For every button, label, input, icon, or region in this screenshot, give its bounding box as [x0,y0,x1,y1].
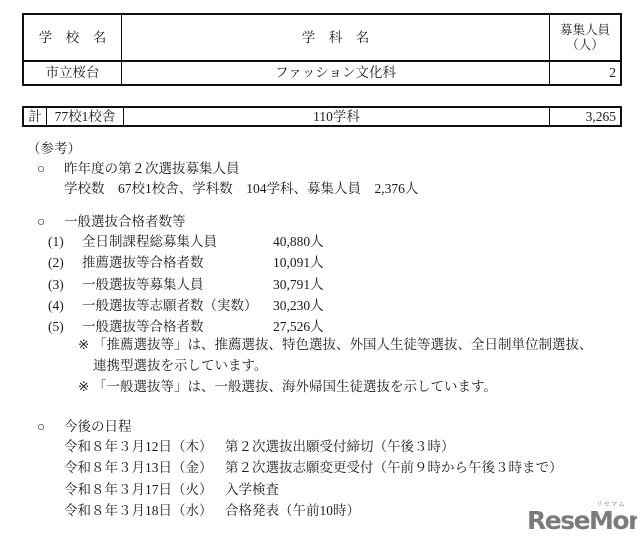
item-number: (5) [48,318,82,335]
item-value: 30,791人 [273,276,324,293]
schedule-event: 第２次選抜志願変更受付（午前９時から午後３時まで） [225,459,563,476]
section-general-results-heading-text: 一般選抜合格者数等 [64,213,186,230]
header-capacity: 募集人員 （人） [550,15,620,60]
reference-mark-icon: ※ [78,378,93,395]
schedule-date: 令和８年３月13日（金） [64,459,225,476]
last-year-detail: 学校数 67校1校舎、学科数 104学科、募集人員 2,376人 [64,180,418,197]
totals-capacity: 3,265 [550,108,620,125]
schedule-row: 令和８年３月17日（火） 入学検査 [64,481,279,498]
item-number: (3) [48,276,82,293]
circle-bullet-icon: ○ [37,418,64,435]
circle-bullet-icon: ○ [37,160,64,177]
note-text: 「推薦選抜等」は、推薦選抜、特色選抜、外国人生徒等選抜、全日制単位制選抜、 [93,336,593,353]
item-label: 推薦選抜等合格者数 [82,254,273,271]
note-line: ※ 「一般選抜等」は、一般選抜、海外帰国生徒選抜を示しています。 [78,378,497,395]
item-value: 40,880人 [273,233,324,250]
list-item: (2) 推薦選抜等合格者数 10,091人 [48,254,324,271]
header-department-name: 学 科 名 [122,15,550,60]
item-number: (1) [48,233,82,250]
reference-mark-icon: ※ [78,336,93,353]
list-item: (3) 一般選抜等募集人員 30,791人 [48,276,324,293]
table-row: 市立桜台 ファッション文化科 2 [24,62,620,84]
resemom-logo: ReseMom. [527,507,637,535]
header-capacity-line2: （人） [566,38,604,53]
note-indent [78,357,93,374]
item-label: 全日制課程総募集人員 [82,233,273,250]
schedule-event: 入学検査 [225,481,279,498]
schedule-event: 合格発表（午前10時） [225,502,360,519]
schedule-row: 令和８年３月18日（水） 合格発表（午前10時） [64,502,360,519]
list-item: (5) 一般選抜等合格者数 27,526人 [48,318,324,335]
item-label: 一般選抜等合格者数 [82,318,273,335]
reference-title: （参考） [27,140,81,157]
cell-school-name: 市立桜台 [24,62,122,84]
totals-table: 計 77校1校舎 110学科 3,265 [22,106,622,127]
totals-row: 計 77校1校舎 110学科 3,265 [24,108,620,125]
header-capacity-line1: 募集人員 [560,23,610,38]
note-line: ※ 「推薦選抜等」は、推薦選抜、特色選抜、外国人生徒等選抜、全日制単位制選抜、 [78,336,593,353]
schedule-row: 令和８年３月13日（金） 第２次選抜志願変更受付（午前９時から午後３時まで） [64,459,563,476]
item-value: 10,091人 [273,254,324,271]
totals-label: 計 [24,108,47,125]
section-schedule-heading-text: 今後の日程 [64,418,132,435]
capacity-table: 学 校 名 学 科 名 募集人員 （人） 市立桜台 ファッション文化科 2 [22,13,622,86]
item-value: 27,526人 [273,318,324,335]
schedule-date: 令和８年３月18日（水） [64,502,225,519]
section-general-results-heading: ○ 一般選抜合格者数等 [37,213,186,230]
schedule-date: 令和８年３月17日（火） [64,481,225,498]
totals-department-count: 110学科 [124,108,550,125]
item-label: 一般選抜等志願者数（実数） [82,297,273,314]
cell-department-name: ファッション文化科 [122,62,550,84]
schedule-date: 令和８年３月12日（木） [64,438,225,455]
list-item: (1) 全日制課程総募集人員 40,880人 [48,233,324,250]
item-value: 30,230人 [273,297,324,314]
totals-school-count: 77校1校舎 [47,108,124,125]
capacity-table-header-row: 学 校 名 学 科 名 募集人員 （人） [24,15,620,62]
note-text: 「一般選抜等」は、一般選抜、海外帰国生徒選抜を示しています。 [93,378,497,395]
schedule-event: 第２次選抜出願受付締切（午後３時） [225,438,455,455]
list-item: (4) 一般選抜等志願者数（実数） 30,230人 [48,297,324,314]
item-number: (2) [48,254,82,271]
section-last-year-heading: ○ 昨年度の第２次選抜募集人員 [37,160,240,177]
document-page: 学 校 名 学 科 名 募集人員 （人） 市立桜台 ファッション文化科 2 計 … [0,0,637,544]
note-text: 連携型選抜を示しています。 [93,357,267,374]
schedule-row: 令和８年３月12日（木） 第２次選抜出願受付締切（午後３時） [64,438,455,455]
cell-capacity: 2 [550,62,620,84]
section-schedule-heading: ○ 今後の日程 [37,418,132,435]
item-label: 一般選抜等募集人員 [82,276,273,293]
note-line: 連携型選抜を示しています。 [78,357,267,374]
circle-bullet-icon: ○ [37,213,64,230]
section-last-year-heading-text: 昨年度の第２次選抜募集人員 [64,160,240,177]
header-school-name: 学 校 名 [24,15,122,60]
item-number: (4) [48,297,82,314]
